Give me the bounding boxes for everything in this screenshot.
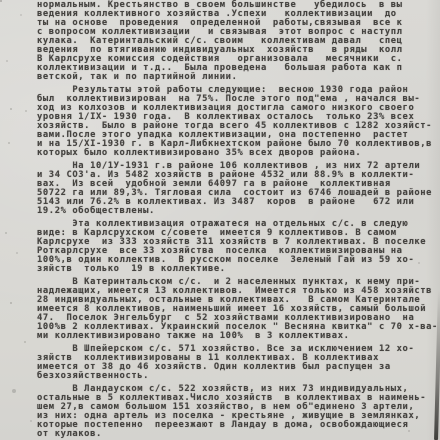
text-line: которых было коллективизировано 35% всех… bbox=[37, 149, 440, 158]
paragraph-5: В Катеринтальском с/с. и 2 населенных пу… bbox=[37, 278, 440, 341]
scanned-page: нормальным. Крестьянство в своем большин… bbox=[0, 0, 440, 440]
text-line: зяйств только 19 в коллективе. bbox=[37, 265, 440, 274]
paragraph-3: На 10/1У-1931 г.в районе 106 коллективов… bbox=[37, 162, 440, 216]
text-line: ми коллективизировано также на 100% в 3 … bbox=[37, 332, 440, 341]
paragraph-4: Эта коллективизация отражатеся на отдель… bbox=[37, 220, 440, 274]
scan-specks bbox=[0, 0, 2, 2]
paragraph-6: В Шпейерском с/с. 571 хозяйство. Все за … bbox=[37, 345, 440, 381]
text-line: безхозяйственность. bbox=[37, 372, 440, 381]
paragraph-2: Результаты этой работы следующие: весною… bbox=[37, 86, 440, 158]
text-line: ветской, так и по партийной линии. bbox=[37, 73, 440, 82]
text-line: от кулаков. bbox=[37, 430, 440, 439]
paragraph-7: В Ландауском с/с. 522 хозяйств, из них 7… bbox=[37, 385, 440, 439]
page-text: нормальным. Крестьянство в своем большин… bbox=[37, 1, 440, 440]
paragraph-1: нормальным. Крестьянство в своем большин… bbox=[37, 1, 440, 82]
text-line: 19.2% обобществлены. bbox=[37, 207, 440, 216]
